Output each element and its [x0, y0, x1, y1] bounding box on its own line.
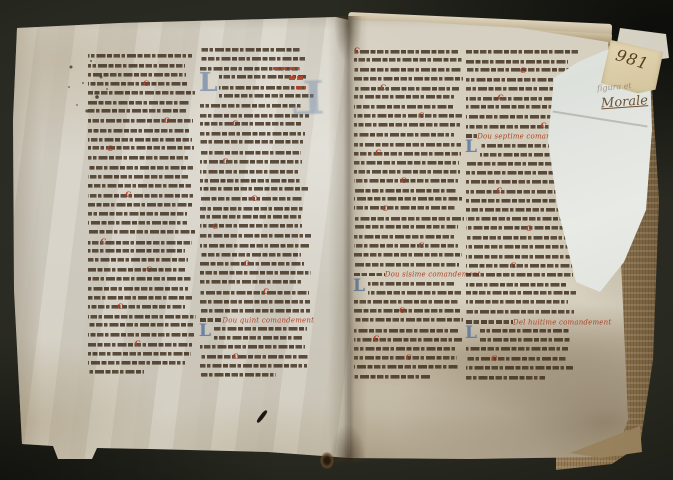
text-line — [200, 176, 300, 185]
illuminated-initial: L — [199, 71, 218, 94]
text-line — [200, 269, 311, 278]
text-line: Del huitime comandement — [466, 318, 578, 327]
text-line: C — [466, 67, 574, 76]
text-line: C — [200, 120, 301, 129]
text-line — [214, 325, 307, 334]
text-line: C — [88, 191, 195, 200]
text-line — [88, 368, 144, 377]
text-line — [88, 219, 187, 228]
text-line: C — [354, 84, 459, 93]
capitula-mark: C — [382, 205, 388, 213]
text-line — [88, 275, 191, 284]
capitula-mark: C — [541, 122, 547, 130]
text-line — [354, 326, 458, 335]
capitula-mark: C — [212, 223, 218, 231]
text-line: C — [466, 262, 577, 271]
illuminated-initial: L — [465, 140, 477, 155]
text-line: C — [354, 47, 458, 56]
text-line — [354, 93, 454, 102]
capitula-mark: C — [496, 187, 502, 195]
text-line — [354, 56, 462, 65]
text-line: C — [88, 266, 185, 275]
capitula-mark: C — [526, 225, 532, 233]
text-line — [88, 182, 191, 191]
text-line — [480, 327, 569, 336]
capitula-mark: C — [251, 195, 257, 203]
gutter-shadow — [328, 16, 368, 462]
capitula-mark: C — [146, 266, 152, 274]
text-line — [88, 61, 185, 70]
text-line — [466, 197, 571, 206]
text-line — [88, 331, 194, 340]
text-line — [200, 232, 311, 241]
text-line — [88, 71, 186, 80]
text-line — [466, 280, 567, 289]
text-line: C — [354, 335, 462, 344]
illuminated-initial: L — [465, 326, 477, 341]
text-line: Dou quint comandement — [200, 316, 312, 325]
capitula-mark: C — [135, 340, 141, 348]
ink-specks — [62, 52, 64, 54]
text-line — [200, 362, 307, 371]
text-line: C — [354, 205, 455, 214]
text-line — [88, 322, 193, 331]
text-line — [354, 168, 460, 177]
capitula-mark: C — [498, 94, 504, 102]
text-line — [354, 121, 460, 130]
text-line — [200, 204, 303, 213]
text-line — [214, 334, 302, 343]
capitula-mark: C — [164, 117, 170, 125]
text-line — [466, 299, 568, 308]
text-line: C — [466, 355, 567, 364]
text-line — [88, 247, 185, 256]
text-line — [466, 234, 571, 243]
text-line — [88, 284, 188, 293]
text-line — [200, 297, 310, 306]
text-line: C — [200, 223, 302, 232]
capitula-mark: C — [401, 177, 407, 185]
text-line: C — [200, 288, 309, 297]
capitula-mark: C — [244, 260, 250, 268]
capitula-mark: C — [418, 242, 424, 250]
text-line — [354, 186, 457, 195]
text-line: C — [200, 260, 304, 269]
text-line — [354, 159, 459, 168]
text-line: C — [88, 145, 194, 154]
text-line — [354, 233, 454, 242]
text-line — [88, 210, 187, 219]
text-line — [88, 136, 192, 145]
text-line — [200, 306, 310, 315]
text-line — [200, 241, 309, 250]
text-line — [88, 173, 189, 182]
text-line — [354, 140, 461, 149]
text-line — [354, 224, 458, 233]
text-line: C — [354, 177, 458, 186]
text-line — [354, 75, 463, 84]
text-line: C — [88, 80, 188, 89]
text-line — [466, 364, 573, 373]
text-line — [200, 130, 305, 139]
text-line: C — [200, 353, 309, 362]
parchment-tear — [256, 409, 268, 423]
capitula-mark: C — [419, 112, 425, 120]
capitula-mark: C — [263, 288, 269, 296]
shelfmark-number: 981 — [614, 47, 651, 73]
text-line: C — [354, 354, 457, 363]
text-line — [368, 289, 461, 298]
text-line — [354, 131, 454, 140]
text-line: C — [200, 195, 303, 204]
text-line: C — [354, 112, 462, 121]
capitula-mark: C — [222, 158, 228, 166]
text-line — [88, 201, 192, 210]
text-line: C — [466, 225, 575, 234]
illuminated-initial: L — [199, 324, 211, 339]
text-line — [88, 108, 187, 117]
text-column-right-1: CCCCCCCDou sisime comandementLCCC — [354, 47, 464, 382]
text-line: Dou sisime comandement — [354, 270, 464, 279]
text-line — [200, 251, 301, 260]
capitula-mark: C — [101, 238, 107, 246]
text-line: C — [354, 242, 458, 251]
text-line — [466, 243, 569, 252]
capitula-mark: C — [373, 335, 379, 343]
text-line: C — [466, 187, 568, 196]
capitula-mark: C — [125, 191, 131, 199]
text-line — [88, 126, 189, 135]
text-line — [354, 345, 456, 354]
text-column-left-1: CCCCCCCC — [88, 52, 196, 377]
capitula-mark: C — [143, 80, 149, 88]
text-line: C — [354, 307, 461, 316]
text-line — [354, 317, 463, 326]
capitula-mark: C — [233, 353, 239, 361]
text-line — [354, 196, 462, 205]
text-line — [466, 48, 578, 57]
text-line: C — [88, 340, 192, 349]
text-line — [88, 164, 193, 173]
capitula-mark: C — [406, 354, 412, 362]
text-line — [354, 103, 453, 112]
text-line — [368, 279, 454, 288]
text-line — [466, 271, 573, 280]
text-line — [354, 261, 459, 270]
text-line — [200, 102, 302, 111]
gutter-stain — [320, 452, 334, 469]
text-line — [354, 252, 462, 261]
capitula-mark: C — [380, 84, 386, 92]
text-line — [88, 359, 185, 368]
text-line — [466, 373, 545, 382]
text-line — [88, 312, 196, 321]
text-line — [200, 278, 303, 287]
text-line — [88, 350, 191, 359]
capitula-mark: C — [107, 145, 113, 153]
text-line: C — [200, 158, 302, 167]
text-line — [200, 344, 305, 353]
text-line — [466, 290, 576, 299]
text-line: C — [88, 238, 192, 247]
text-line — [88, 89, 195, 98]
text-line — [354, 66, 462, 75]
text-line — [200, 148, 301, 157]
text-line — [88, 98, 190, 107]
text-line — [200, 55, 305, 64]
capitula-mark: C — [399, 307, 405, 315]
text-line — [88, 257, 188, 266]
text-line — [354, 214, 464, 223]
capitula-mark: C — [510, 262, 516, 270]
text-line — [88, 154, 189, 163]
text-line — [88, 52, 192, 61]
text-line — [466, 215, 576, 224]
text-line — [466, 57, 568, 66]
text-line — [466, 346, 568, 355]
capitula-mark: C — [520, 67, 526, 75]
text-line — [354, 298, 458, 307]
text-line — [466, 206, 568, 215]
text-line — [200, 167, 300, 176]
text-line: C — [88, 303, 185, 312]
capitula-mark: C — [491, 355, 497, 363]
text-line — [480, 336, 570, 345]
capitula-mark: C — [117, 303, 123, 311]
capitula-mark: C — [232, 120, 238, 128]
capitula-mark: C — [375, 149, 381, 157]
text-line — [466, 308, 574, 317]
manuscript-photo: CCCCCCCDou sisime comandementLCCC CCCDou… — [0, 0, 673, 480]
text-line — [200, 46, 301, 55]
text-line: C — [354, 149, 461, 158]
offset-initial-ghost: L — [291, 77, 325, 119]
text-line — [354, 363, 459, 372]
text-line — [200, 139, 303, 148]
text-line: C — [88, 117, 193, 126]
text-line — [200, 371, 276, 380]
text-line — [466, 253, 573, 262]
text-line — [88, 294, 192, 303]
